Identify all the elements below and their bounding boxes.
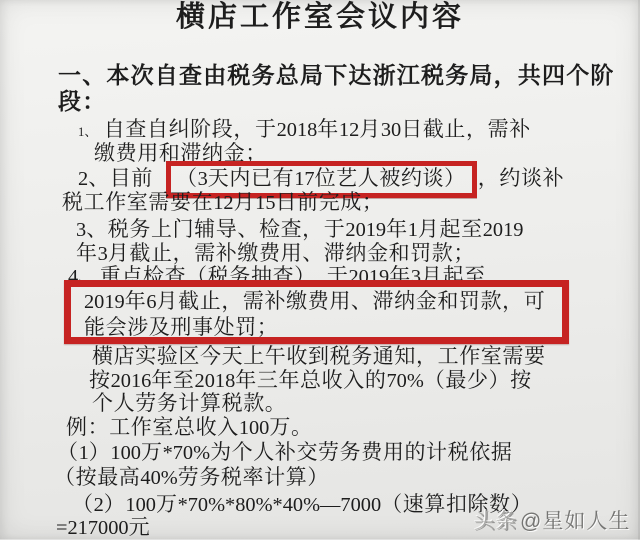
item3-line2: 年3月截止，需补缴费用、滞纳金和罚款；	[76, 242, 475, 266]
item1-number: 1、	[78, 124, 97, 139]
document-title: 横店工作室会议内容	[0, 6, 640, 29]
watermark-handle: @星如人生	[520, 510, 630, 533]
notice-line2: 按2016年至2018年三年总收入的70%（最少）按	[89, 369, 532, 393]
watermark: 头条@星如人生	[474, 505, 630, 535]
item2-highlight-text: （3天内已有17位艺人被约谈）	[176, 167, 466, 190]
watermark-brand-logo: 头条	[474, 510, 518, 533]
example-calc2: （2）100万*70%*80%*40%—7000（速算扣除数）	[72, 493, 532, 517]
item2-suffix: ，约谈补	[478, 167, 564, 190]
example-calc1-line1: （1）100万*70%为个人补交劳务费用的计税依据	[57, 441, 512, 465]
example-intro: 例：工作室总收入100万。	[66, 416, 313, 440]
section-heading-line1: 一、本次自查由税务总局下达浙江税务局，共四个阶	[58, 64, 615, 87]
notice-line3: 个人劳务计算税款。	[92, 392, 286, 415]
item1-text1: 自查自纠阶段，于2018年12月30日截止，需补	[104, 118, 531, 141]
item1-line1: 1、 自查自纠阶段，于2018年12月30日截止，需补	[78, 118, 531, 144]
highlight-box-2	[64, 280, 569, 344]
item2-prefix: 2、目前	[78, 167, 153, 190]
section-heading-line2: 段：	[58, 90, 106, 113]
item3-line1: 3、税务上门辅导、检查，于2019年1月起至2019	[76, 218, 523, 242]
example-result: =217000元	[56, 516, 150, 540]
document-photo: 横店工作室会议内容 一、本次自查由税务总局下达浙江税务局，共四个阶 段： 1、 …	[0, 0, 640, 540]
item2-line2: 税工作室需要在12月15日前完成；	[62, 191, 384, 215]
example-calc1-line2: （按最高40%劳务税率计算）	[54, 466, 329, 490]
notice-line1: 横店实验区今天上午收到税务通知，工作室需要	[92, 345, 546, 368]
